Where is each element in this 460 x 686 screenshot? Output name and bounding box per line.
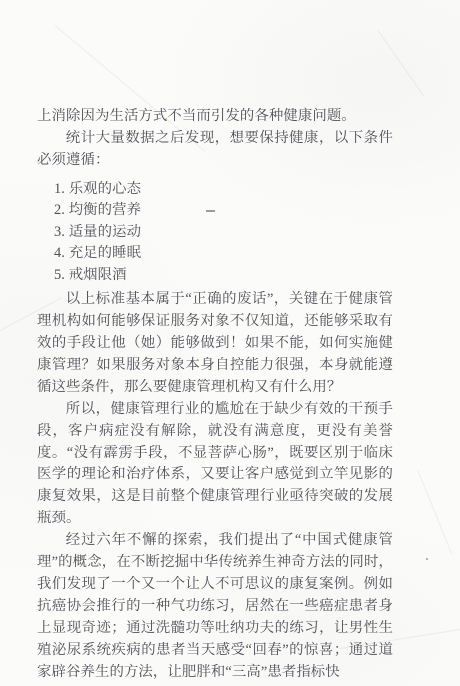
paper-crease: [418, 470, 453, 554]
paper-speck: [426, 558, 428, 560]
paragraph-intro: 统计大量数据之后发现，想要保持健康，以下条件必须遵循：: [37, 128, 393, 172]
paragraph-industry-dilemma: 所以，健康管理行业的尴尬在于缺少有效的干预手段，客户病症没有解除，就没有满意度，…: [37, 399, 393, 530]
book-page: 上消除因为生活方式不当而引发的各种健康问题。 统计大量数据之后发现，想要保持健康…: [0, 0, 460, 686]
paragraph-chinese-health-management: 经过六年不懈的探索，我们提出了“中国式健康管理”的概念，在不断挖掘中华传统养生神…: [37, 530, 393, 683]
health-conditions-list: 1. 乐观的心态 2. 均衡的营养 3. 适量的运动 4. 充足的睡眠 5. 戒…: [37, 179, 393, 287]
paper-crease: [378, 30, 425, 96]
list-item-nutrition: 2. 均衡的营养: [37, 200, 393, 222]
paragraph-continuation: 上消除因为生活方式不当而引发的各种健康问题。: [37, 106, 393, 128]
paragraph-criteria-discussion: 以上标准基本属于“正确的废话”，关键在于健康管理机构如何能够保证服务对象不仅知道…: [37, 289, 393, 399]
pencil-dash-mark: [206, 210, 215, 212]
page-text: 上消除因为生活方式不当而引发的各种健康问题。 统计大量数据之后发现，想要保持健康…: [37, 106, 393, 684]
list-item-exercise: 3. 适量的运动: [37, 222, 393, 244]
list-item-optimism: 1. 乐观的心态: [37, 179, 393, 201]
list-item-no-smoking: 5. 戒烟限酒: [37, 265, 393, 287]
list-item-sleep: 4. 充足的睡眠: [37, 243, 393, 265]
